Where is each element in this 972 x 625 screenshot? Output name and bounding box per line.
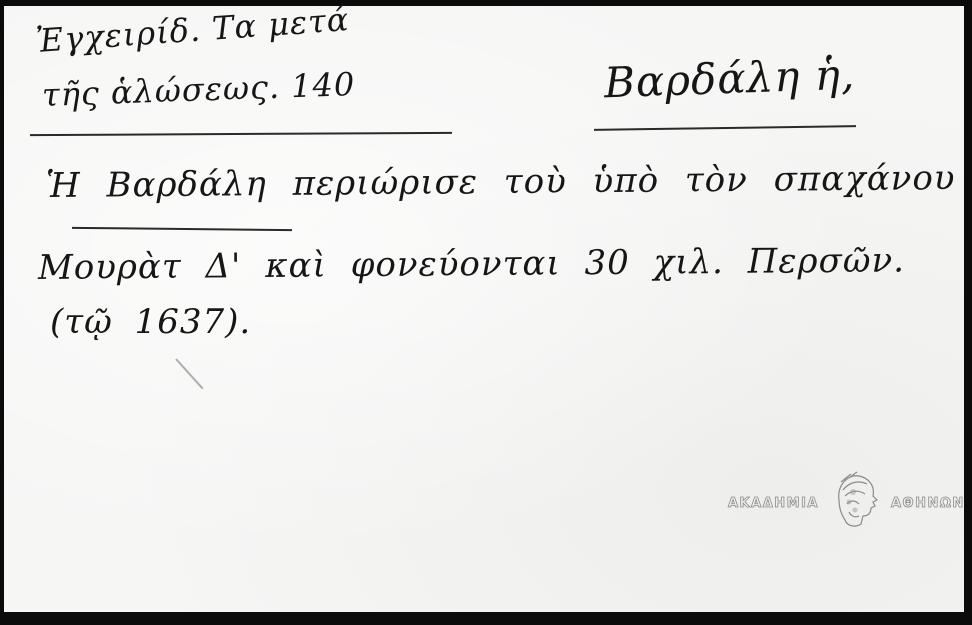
body-line-2: Μουρὰτ Δ' καὶ φονεύονται 30 χιλ. Περσῶν.: [38, 240, 905, 288]
reference-divider: [30, 132, 452, 136]
keyword-underline: [72, 227, 292, 231]
index-card: Ἐγχειρίδ. Τα μετά τῆς ἁλώσεως. 140 Βαρδά…: [4, 6, 964, 612]
athena-head-icon: [829, 470, 881, 536]
card-heading: Βαρδάλη ἡ,: [603, 50, 856, 108]
body-line-3: (τῷ 1637).: [50, 302, 251, 342]
stamp-left-text: ΑΚΑΔΗΜΙΑ: [728, 496, 819, 511]
body-line-1: Ἡ Βαρδάλη περιώρισε τοὺ ὑπὸ τὸν σπαχάνου: [46, 158, 956, 206]
heading-underline: [594, 125, 856, 131]
source-reference-line-1: Ἐγχειρίδ. Τα μετά: [35, 0, 351, 60]
stamp-right-text: ΑΘΗΝΩΝ: [891, 496, 965, 511]
source-reference-line-2: τῆς ἁλώσεως. 140: [41, 65, 356, 114]
paper-mark: [175, 358, 203, 389]
academy-stamp: ΑΚΑΔΗΜΙΑ ΑΘΗΝΩΝ: [728, 472, 965, 534]
